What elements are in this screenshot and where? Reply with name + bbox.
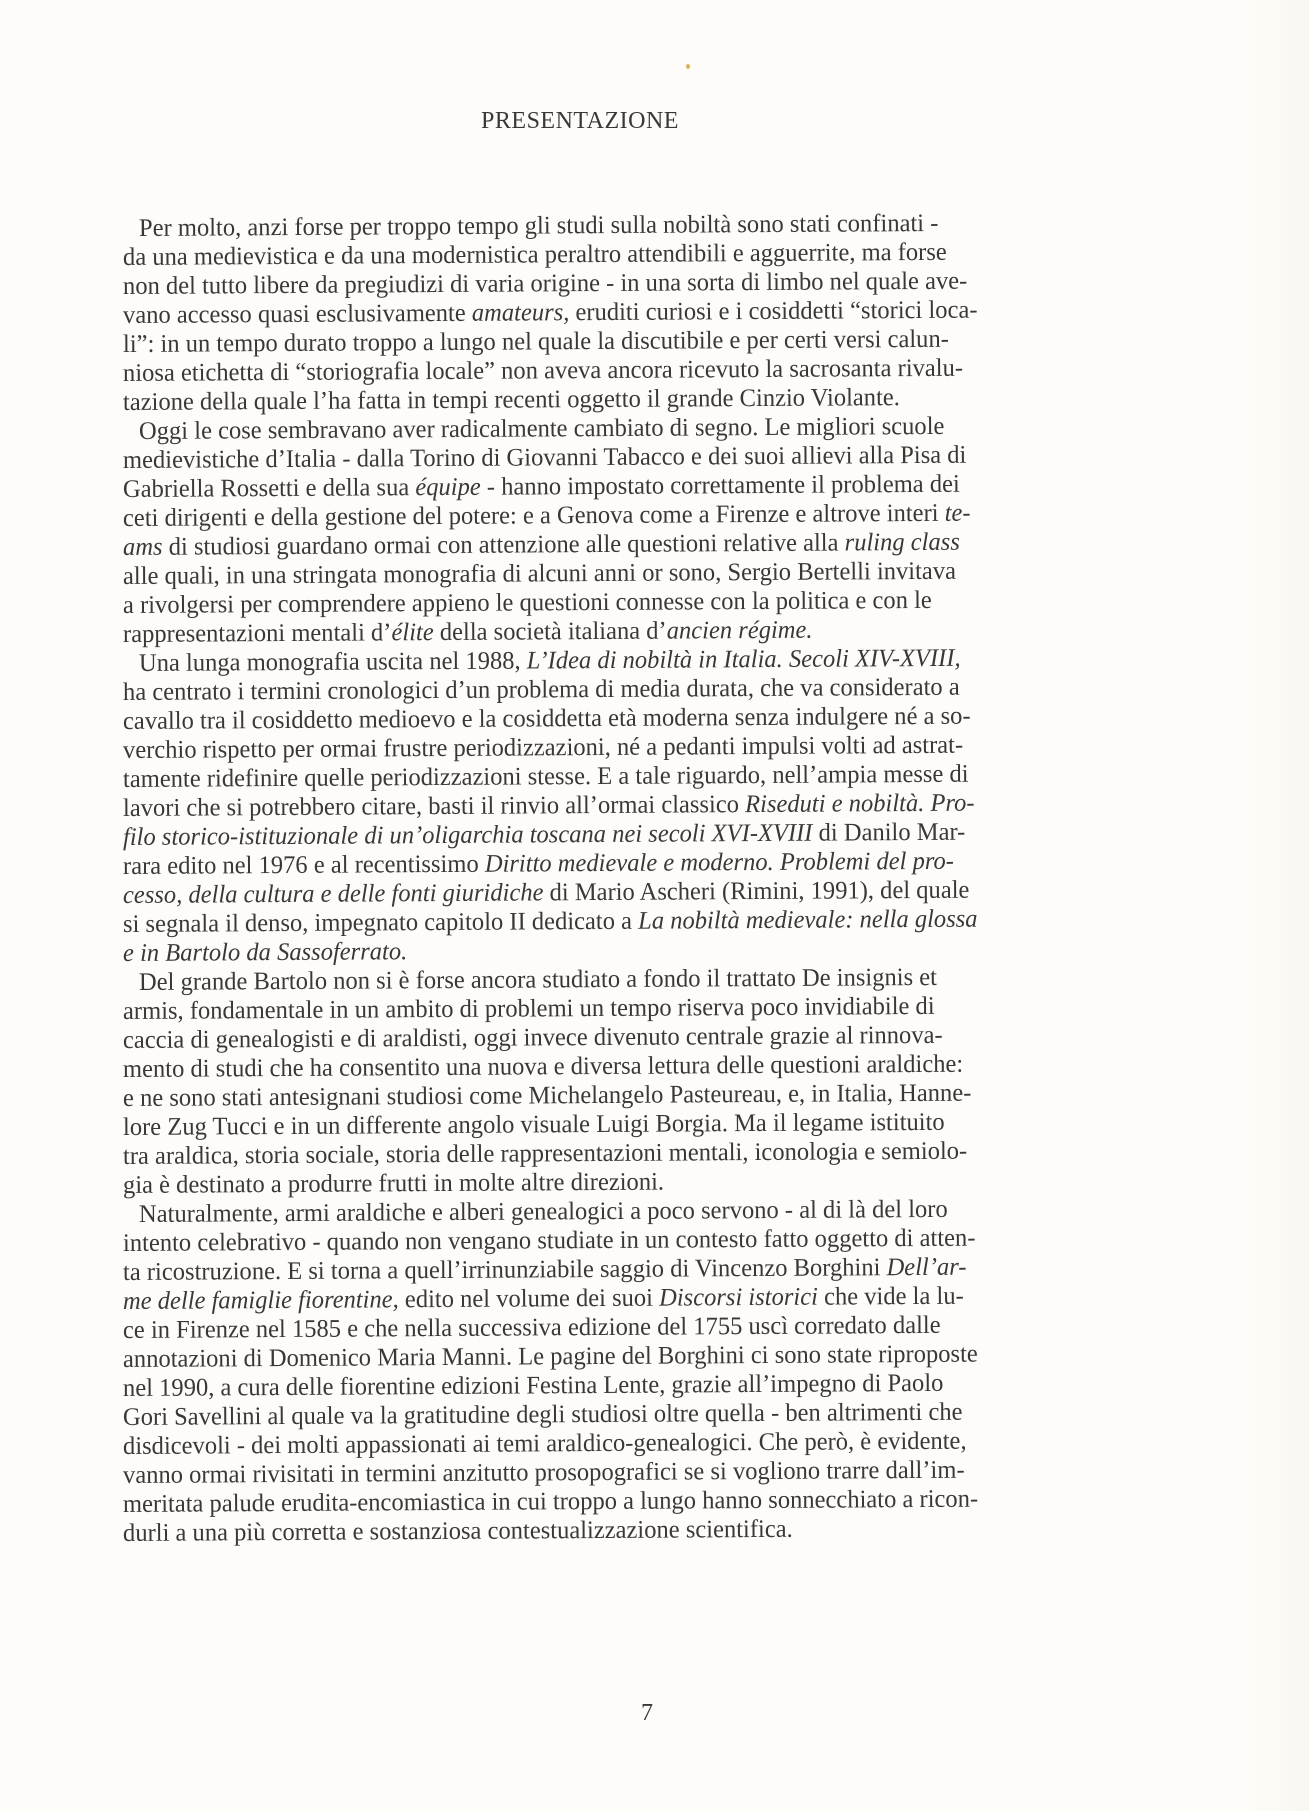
paper-speck [686, 64, 690, 69]
text-line: durli a una più corretta e sostanziosa c… [123, 1513, 1103, 1548]
document-page: PRESENTAZIONE Per molto, anzi forse per … [0, 0, 1309, 1811]
page-number: 7 [641, 1700, 653, 1727]
page-title: PRESENTAZIONE [0, 108, 1160, 135]
page-edge-shadow [1249, 0, 1309, 1811]
